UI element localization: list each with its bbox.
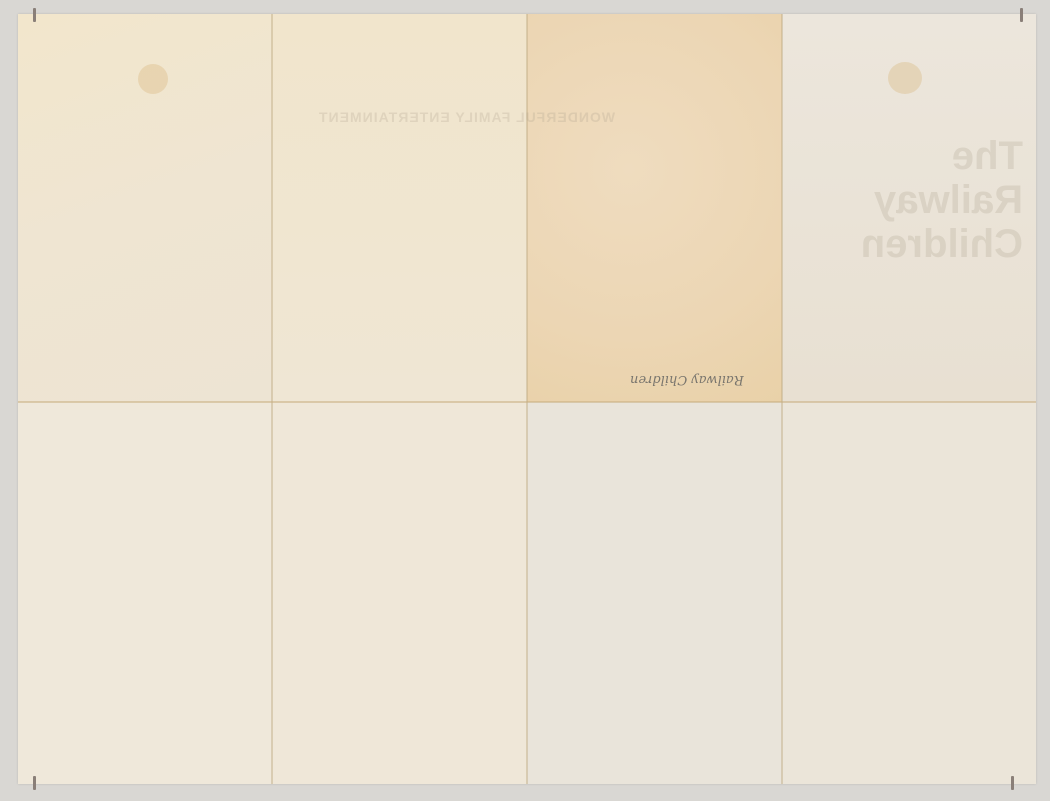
handwritten-note: Railway Children xyxy=(630,372,744,387)
fold-line xyxy=(781,14,783,784)
fold-panel-6 xyxy=(272,402,527,784)
fold-panel-3 xyxy=(527,14,782,402)
ghost-text: WONDERFUL FAMILY ENTERTAINMENT xyxy=(318,109,615,125)
pin xyxy=(33,8,36,22)
pin xyxy=(33,776,36,790)
pin xyxy=(1011,776,1014,790)
fold-panel-8 xyxy=(782,402,1036,784)
fold-panel-7 xyxy=(527,402,782,784)
pin xyxy=(1020,8,1023,22)
stain xyxy=(138,64,168,94)
fold-line xyxy=(18,401,1036,403)
ghost-title: The Railway Children xyxy=(813,134,1023,266)
fold-line xyxy=(526,14,528,784)
poster-back: WONDERFUL FAMILY ENTERTAINMENT The Railw… xyxy=(18,14,1036,784)
fold-panel-5 xyxy=(18,402,272,784)
fold-line xyxy=(271,14,273,784)
stain xyxy=(888,62,922,94)
fold-panel-2 xyxy=(272,14,527,402)
